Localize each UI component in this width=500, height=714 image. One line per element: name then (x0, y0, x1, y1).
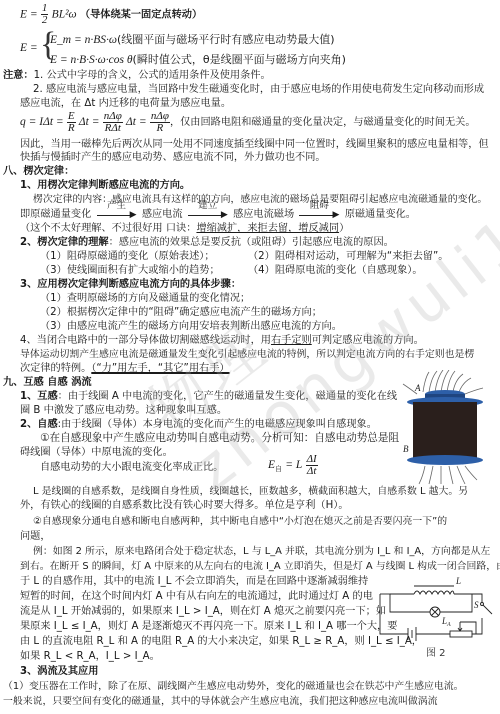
rotation-formula-rhs: BL²ω (52, 9, 77, 21)
self-emf-formula: E自 = L ΔIΔt (268, 452, 318, 482)
note-1: 注意：1. 公式中字母的含义，公式的适用条件及使用条件。 (3, 69, 271, 82)
note-2c: 因此，当用一磁棒先后两次从同一处用不同速度插至线圈中同一位置时，线圈里聚积的感应… (20, 138, 489, 151)
hand-rule-mnemonic: （“力”用左手，“其它”用右手） (91, 363, 229, 374)
svg-text:LA: LA (441, 616, 451, 628)
right-hand-rule: 右手定则 (271, 335, 312, 346)
emax-formula: E_m = n·BS·ω(线圈平面与磁场平行时有感应电动势最大值) (50, 33, 335, 47)
figure-caption: 图 2 (426, 647, 446, 659)
solenoid-icon: A B (395, 370, 495, 485)
section8-title: 八、楞次定律： (3, 165, 74, 178)
circuit-diagram-icon: L LA S 图 2 (370, 572, 500, 662)
section8-sub4-line2: 导体运动切割产生感应电流是磁通量发生变化引起感应电流的特例，所以判定电流方向的右… (20, 348, 474, 361)
sub2-item-1: （1）阻碍原磁通的变化（原始表述）； (40, 250, 215, 263)
mutual-line-a: 1、互感：由于线圈 A 中电流的变化，它产生的磁通量发生变化，磁通量的变化在线 (20, 390, 397, 403)
example-a: 例：如图 2 所示，原来电路闭合处于稳定状态，L 与 L_A 并联，其电流分别为… (33, 545, 490, 558)
eddy-title: 3、涡流及其应用 (20, 665, 98, 678)
emax-note: (线圈平面与磁场平行时有感应电动势最大值) (117, 33, 335, 46)
charge-note: ，仅由回路电阻和磁通量的变化量决定，与磁通量变化的时间无关。 (170, 117, 476, 128)
inductance-a: L 是线圈的自感系数，是线圈自身性质，线圈越长，匝数越多，横截面积越大，自感系数… (33, 485, 468, 498)
rotation-formula-note: （导体绕某一固定点转动） (80, 10, 202, 21)
system-lhs: E = (20, 42, 38, 55)
svg-text:S: S (474, 600, 479, 610)
mutual-line-b: 圈 B 中激发了感应电动势。这种现象叫互感。 (20, 404, 227, 417)
mnemonic-line: （这个不太好理解、不过很好用 口诀：增缩减扩，来拒去留，增反减同） (20, 222, 349, 235)
svg-text:A: A (414, 383, 421, 393)
coil-figure: A B (395, 370, 495, 485)
eddy-a: （1）变压器在工作时，除了在原、副线圈产生感应电动势外，变化的磁通量也会在铁芯中… (3, 680, 464, 693)
sub3-item-2: （2）根据楞次定律中的“阻碍”确定感应电流产生的磁场方向； (40, 306, 322, 319)
example-f: 果原来 I_L ≤ I_A，则灯 A 是逐渐熄灭不再闪亮一下。原来 I_L 和 … (20, 620, 397, 633)
arrow-hinder: 阻碍▶ (299, 208, 339, 220)
example-c: 于 L 的自感作用，其中的电流 I_L 不会立即消失，而是在回路中逐渐减弱维持 (20, 575, 368, 588)
arrow-produce: 产生▶ (97, 208, 137, 220)
instant-formula: E = n·B·S·ω·cos θ(瞬时值公式，θ是线圈平面与磁场方向夹角) (50, 53, 346, 67)
example-g: 由 L 的直流电阻 R_L 和 A 的电阻 R_A 的大小来决定，如果 R_L … (20, 635, 422, 648)
svg-text:L: L (455, 576, 461, 586)
self-2a: ②自感现象分通电自感和断电自感两种，其中断电自感中“小灯泡在熄灭之前是否要闪亮一… (33, 515, 447, 528)
causal-chain: 即原磁通量变化 产生▶ 感应电流 建立▶ 感应电流磁场 阻碍▶ 原磁通量变化。 (20, 208, 416, 221)
sub2-item-3: （3）使线圈面积有扩大或缩小的趋势； (40, 264, 220, 277)
note-2a: 2. 感应电流与感应电量，当回路中发生磁通变化时，由于感应电场的作用使电荷发生定… (33, 83, 484, 96)
sub2-item-2: （2）阻碍相对运动，可理解为“来拒去留”。 (248, 250, 448, 263)
charge-formula: q = IΔt = ER Δt = nΔφRΔt Δt = nΔφR，仅由回路电… (20, 109, 476, 136)
section9-title: 九、互感 自感 涡流 (3, 376, 92, 389)
rotation-formula-lhs: E = (20, 9, 38, 21)
section8-sub3-title: 3、应用楞次定律判断感应电流方向的具体步骤： (20, 278, 241, 291)
note-2d: 快插与慢插时产生的感应电动势、感应电流不同，外力做功也不同。 (20, 151, 326, 164)
section8-sub4: 4、当闭合电路中的一部分导体做切割磁感线运动时，用右手定则可判定感应电流的方向。 (20, 334, 424, 347)
self-line-a: 2、自感:由于线圈（导体）本身电流的变化而产生的电磁感应现象叫自感现象。 (20, 418, 377, 431)
example-d: 短暂的时间，在这个时间内灯 A 中有从右向左的电流通过，此时通过灯 A 的电 (20, 590, 373, 603)
sub2-item-4: （4）阻碍原电流的变化（自感现象）。 (248, 264, 423, 277)
sub3-item-3: （3）由感应电流产生的磁场方向用安培表判断出感应电流的方向。 (40, 320, 342, 333)
eddy-b: 一般来说，只要空间有变化的磁通量，其中的导体就会产生感应电流，我们把这种感应电流… (3, 695, 438, 708)
instant-note: (瞬时值公式，θ是线圈平面与磁场方向夹角) (133, 53, 346, 66)
example-e: 流是从 I_L 开始减弱的，如果原来 I_L > I_A，则在灯 A 熄灭之前要… (20, 605, 386, 618)
rotation-formula: E = 12 BL²ω （导体绕某一固定点转动） (20, 3, 202, 26)
self-1a: ①在自感现象中产生感应电动势叫自感电动势。分析可知：自感电动势总是阻 (40, 432, 399, 445)
section8-sub4-line3: 次定律的特例。（“力”用左手，“其它”用右手） (20, 362, 230, 375)
inductance-b: 外，有铁心的线圈的自感系数比没有铁心时要大得多。单位是亨利（H）。 (20, 499, 349, 512)
section8-sub1-title: 1、用楞次定律判断感应电流的方向。 (20, 179, 190, 192)
note-label: 注意： (3, 70, 34, 81)
circuit-figure: L LA S 图 2 (370, 572, 500, 662)
example-h: 如果 R_L < R_A，I_L > I_A。 (20, 650, 160, 663)
self-2b: 问题， (20, 530, 51, 543)
section8-sub2: 2、楞次定律的理解：感应电流的效果总是要反抗（或阻碍）引起感应电流的原因。 (20, 236, 394, 249)
half-fraction: 12 (41, 3, 49, 26)
mnemonic: 增缩减扩，来拒去留，增反减同 (196, 223, 339, 234)
sub3-item-1: （1）查明原磁场的方向及磁通量的变化情况； (40, 292, 250, 305)
arrow-establish: 建立▶ (188, 208, 228, 220)
self-1b: 碍线圈（导体）中原电流的变化。 (20, 446, 173, 459)
self-1c: 自感电动势的大小跟电流变化率成正比。 (40, 461, 223, 474)
svg-text:B: B (403, 444, 409, 454)
